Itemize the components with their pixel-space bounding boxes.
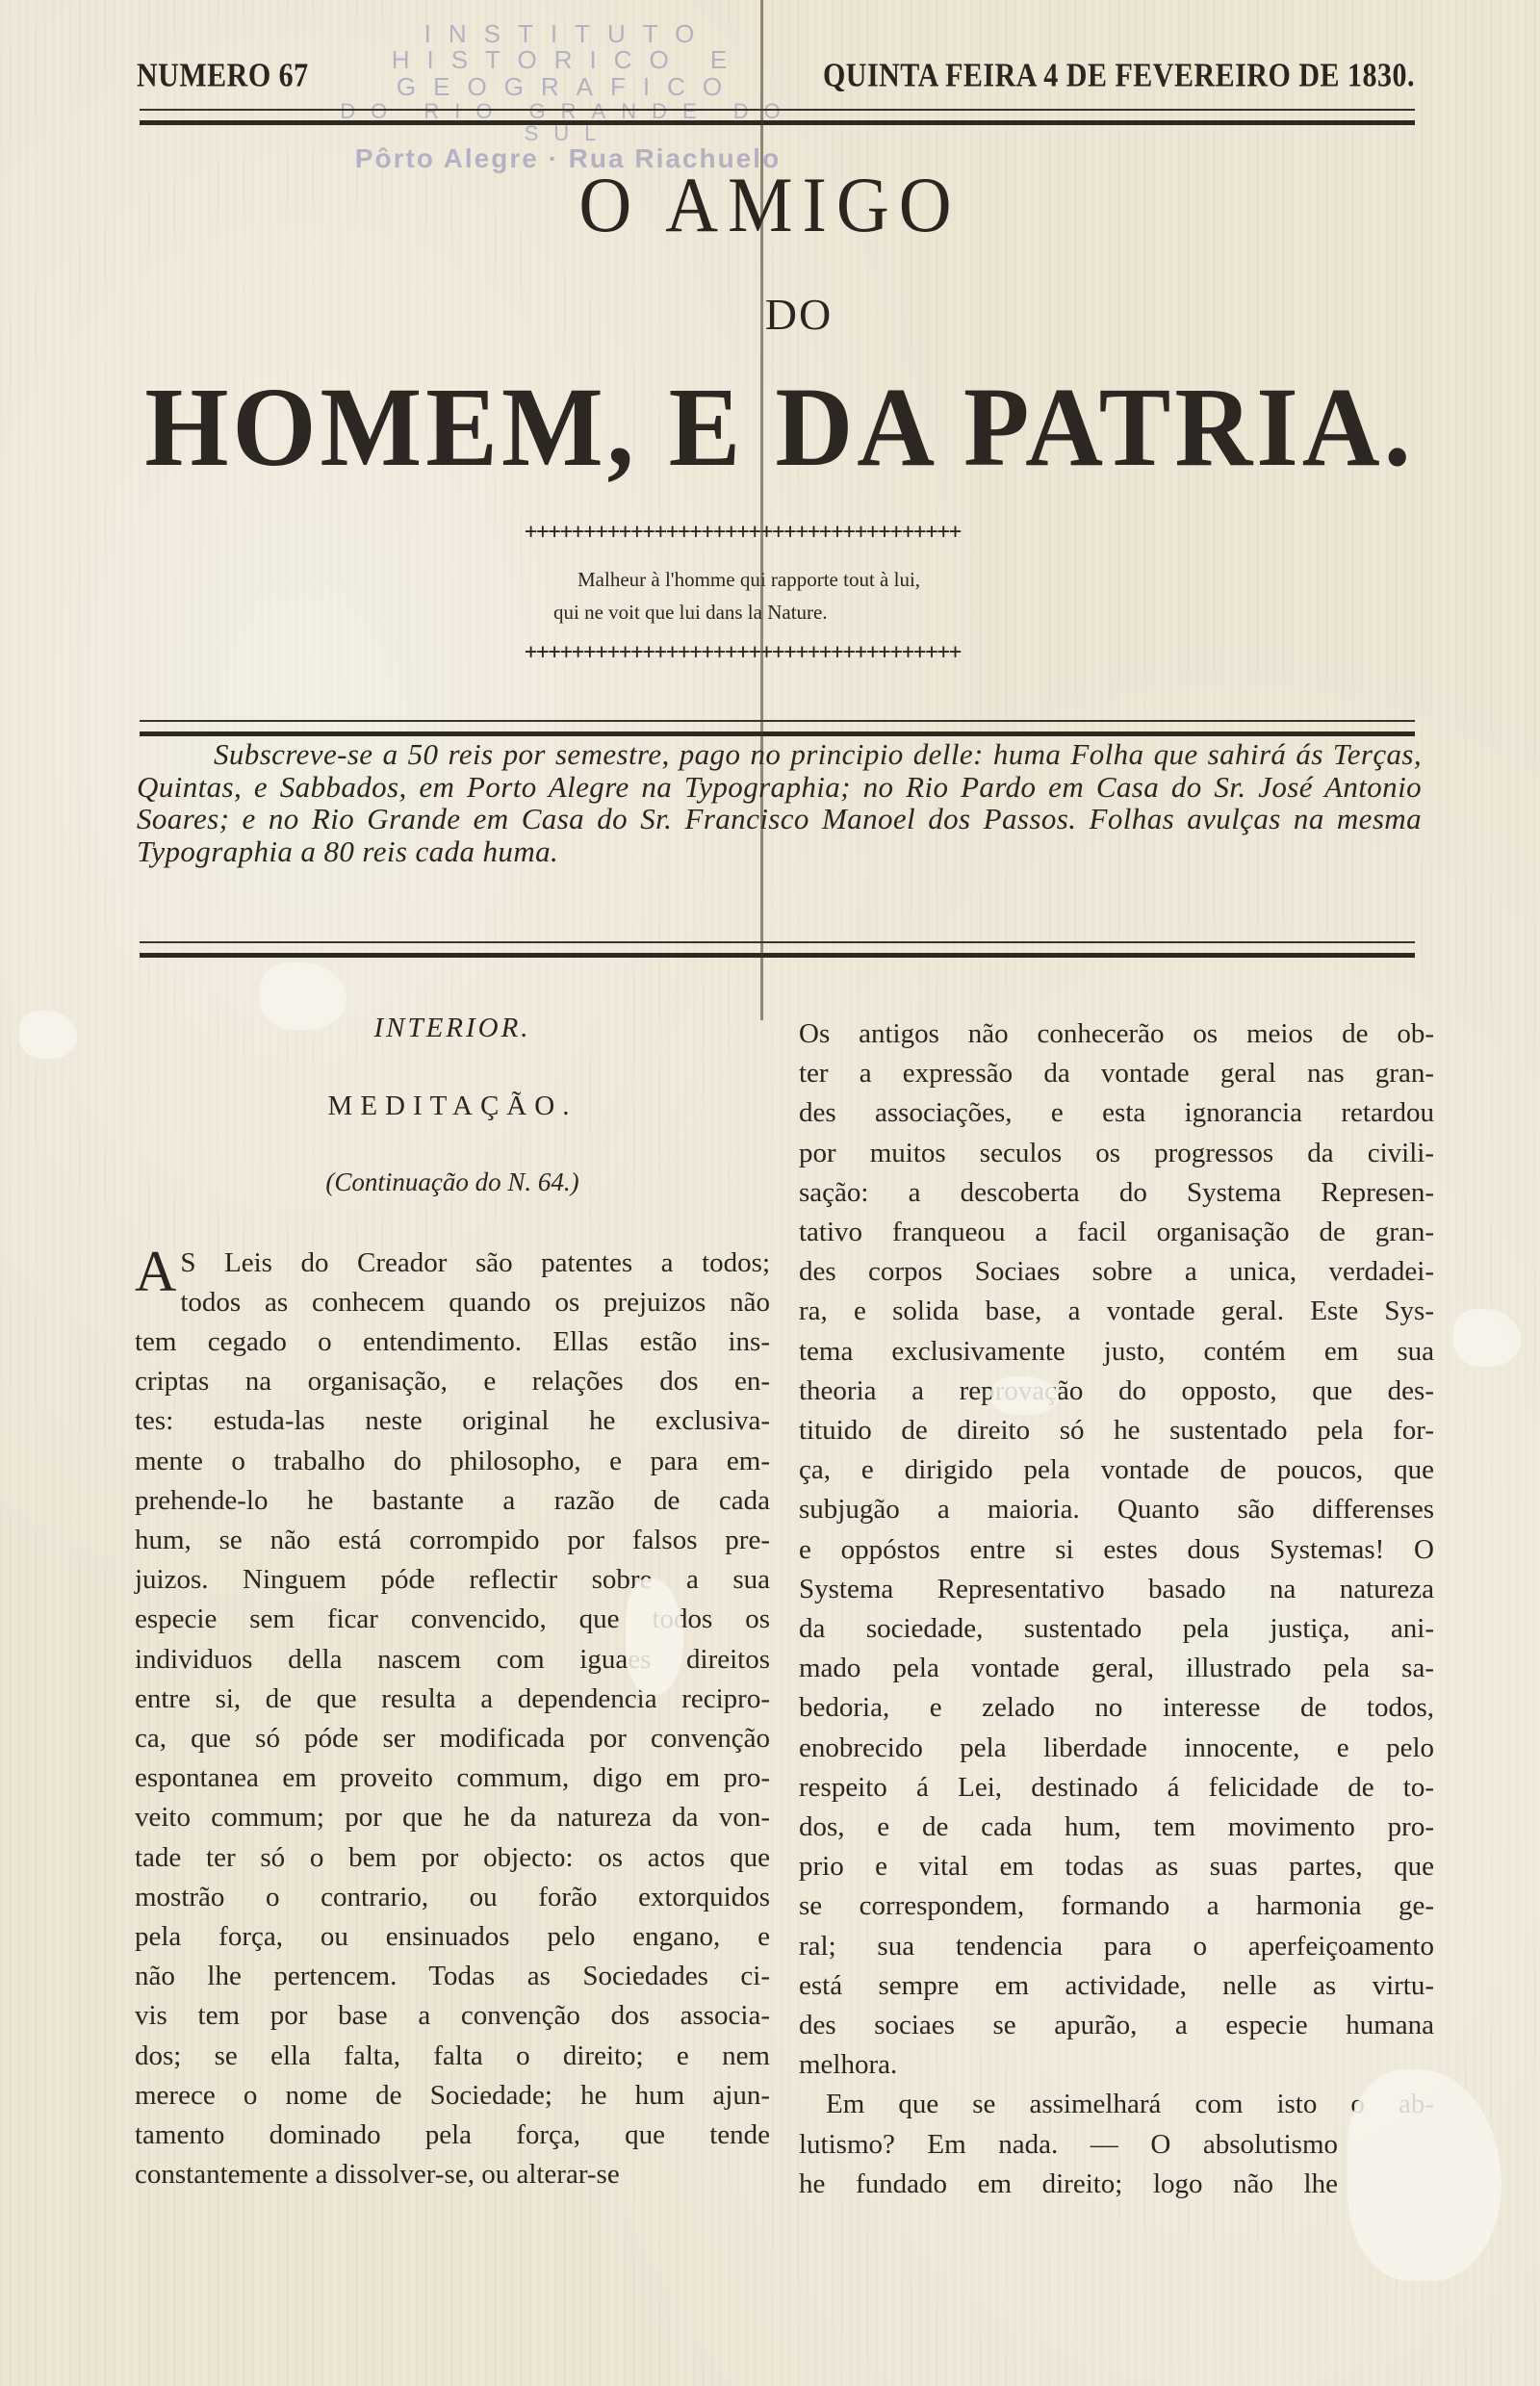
right-column: Os antigos não conhecerão os meios de ob… xyxy=(799,1001,1434,2204)
text-line: Em que se assimelhará com isto o ab- xyxy=(799,2085,1434,2124)
paper-damage xyxy=(1347,2069,1501,2281)
text-line: da sociedade, sustentado pela justiça, a… xyxy=(799,1609,1434,1649)
text-line: Systema Representativo basado na naturez… xyxy=(799,1570,1434,1609)
text-line: enobrecido pela liberdade innocente, e p… xyxy=(799,1729,1434,1768)
text-line: ça, e dirigido pela vontade de poucos, q… xyxy=(799,1450,1434,1490)
text-line: he fundado em direito; logo não lhe xyxy=(799,2165,1338,2204)
text-line: merece o nome de Sociedade; he hum ajun- xyxy=(135,2076,770,2116)
title-line-3: HOMEM, E DA PATRIA. xyxy=(135,363,1424,493)
text-line: por muitos seculos os progressos da civi… xyxy=(799,1134,1434,1173)
article-title: MEDITAÇÃO. xyxy=(135,1087,770,1126)
text-line: se correspondem, formando a harmonia ge- xyxy=(799,1886,1434,1926)
text-line: bedoria, e zelado no interesse de todos, xyxy=(799,1688,1434,1728)
text-line: prehende-lo he bastante a razão de cada xyxy=(135,1481,770,1521)
subscription-notice: Subscreve-se a 50 reis por semestre, pag… xyxy=(137,738,1422,867)
text-line: hum, se não está corrompido por falsos p… xyxy=(135,1521,770,1560)
text-line: ca, que só póde ser modificada por conve… xyxy=(135,1719,770,1758)
continuation-note: (Continuação do N. 64.) xyxy=(135,1163,770,1202)
text-line: tativo franqueou a facil organisação de … xyxy=(799,1213,1434,1252)
text-line: des sociaes se apurão, a especie humana xyxy=(799,2006,1434,2045)
text-line: criptas na organisação, e relações dos e… xyxy=(135,1362,770,1401)
paper-damage xyxy=(19,1011,77,1059)
subscription-rule-top xyxy=(140,720,1415,736)
text-line: lutismo? Em nada. — O absolutismo xyxy=(799,2125,1338,2165)
text-line: respeito á Lei, destinado á felicidade d… xyxy=(799,1768,1434,1808)
text-line: ra, e solida base, a vontade geral. Este… xyxy=(799,1292,1434,1331)
text-line: tem cegado o entendimento. Ellas estão i… xyxy=(135,1322,770,1362)
text-line: theoria a reprovação do opposto, que des… xyxy=(799,1372,1434,1411)
text-line: constantemente a dissolver-se, ou altera… xyxy=(135,2155,770,2194)
text-line: vis tem por base a convenção dos associa… xyxy=(135,1996,770,2036)
drop-cap: A xyxy=(135,1247,176,1296)
newspaper-page: INSTITUTO HISTORICO E GEOGRAFICO DO RIO … xyxy=(0,0,1540,2386)
ornament-top: +++++++++++++++++++++++++++++++++++++ xyxy=(525,520,1035,544)
issue-number: NUMERO 67 xyxy=(137,57,309,94)
archive-stamp: INSTITUTO HISTORICO E GEOGRAFICO DO RIO … xyxy=(318,21,818,172)
text-line: dos; se ella falta, falta o direito; e n… xyxy=(135,2037,770,2076)
text-line: tes: estuda-las neste original he exclus… xyxy=(135,1401,770,1441)
text-line: melhora. xyxy=(799,2045,1434,2085)
text-line: sação: a descoberta do Systema Represen- xyxy=(799,1173,1434,1213)
text-line: veito commum; por que he da natureza da … xyxy=(135,1798,770,1837)
title-line-2: DO xyxy=(0,289,1540,340)
issue-date: QUINTA FEIRA 4 DE FEVEREIRO DE 1830. xyxy=(823,57,1415,94)
text-line: juizos. Ninguem póde reflectir sobre a s… xyxy=(135,1560,770,1600)
subscription-rule-bottom xyxy=(140,941,1415,958)
text-line: ral; sua tendencia para o aperfeiçoament… xyxy=(799,1927,1434,1966)
title-line-1: O AMIGO xyxy=(0,161,1540,251)
text-line: não lhe pertencem. Todas as Sociedades c… xyxy=(135,1957,770,1996)
text-line: entre si, de que resulta a dependencia r… xyxy=(135,1680,770,1719)
ornament-bottom: +++++++++++++++++++++++++++++++++++++ xyxy=(525,640,1035,664)
epigraph-line-2: qui ne voit que lui dans la Nature. xyxy=(553,596,1054,629)
text-line: S Leis do Creador são patentes a todos; xyxy=(135,1244,770,1283)
left-body: A S Leis do Creador são patentes a todos… xyxy=(135,1244,770,2195)
text-line: des corpos Sociaes sobre a unica, verdad… xyxy=(799,1252,1434,1292)
paper-damage xyxy=(1453,1309,1521,1367)
section-heading: INTERIOR. xyxy=(135,1009,770,1048)
text-line: espontanea em proveito commum, digo em p… xyxy=(135,1758,770,1798)
text-line: des associações, e esta ignorancia retar… xyxy=(799,1093,1434,1133)
text-line: tade ter só o bem por objecto: os actos … xyxy=(135,1838,770,1878)
fold-line xyxy=(760,0,763,1020)
paper-damage xyxy=(991,1376,1059,1415)
text-line: mado pela vontade geral, illustrado pela… xyxy=(799,1649,1434,1688)
text-line: prio e vital em todas as suas partes, qu… xyxy=(799,1847,1434,1886)
text-line: está sempre em actividade, nelle as virt… xyxy=(799,1966,1434,2006)
right-paragraph-2: Em que se assimelhará com isto o ab- lut… xyxy=(799,2085,1434,2204)
masthead-rule xyxy=(140,109,1415,125)
masthead-top-line: NUMERO 67 QUINTA FEIRA 4 DE FEVEREIRO DE… xyxy=(137,57,1415,94)
text-line: dos, e de cada hum, tem movimento pro- xyxy=(799,1808,1434,1847)
text-line: tema exclusivamente justo, contém em sua xyxy=(799,1332,1434,1372)
epigraph: Malheur à l'homme qui rapporte tout à lu… xyxy=(553,563,1054,629)
epigraph-line-1: Malheur à l'homme qui rapporte tout à lu… xyxy=(553,563,1054,596)
text-line: e oppóstos entre si estes dous Systemas!… xyxy=(799,1530,1434,1570)
text-line: ter a expressão da vontade geral nas gra… xyxy=(799,1054,1434,1093)
text-line: pela força, ou ensinuados pelo engano, e xyxy=(135,1917,770,1957)
paper-damage xyxy=(260,962,346,1030)
text-line: tituido de direito só he sustentado pela… xyxy=(799,1411,1434,1450)
text-line: subjugão a maioria. Quanto são differens… xyxy=(799,1490,1434,1529)
text-line: tamento dominado pela força, que tende xyxy=(135,2116,770,2155)
text-line: todos as conhecem quando os prejuizos nã… xyxy=(135,1283,770,1322)
text-line: mente o trabalho do philosopho, e para e… xyxy=(135,1442,770,1481)
right-paragraph-1: Os antigos não conhecerão os meios de ob… xyxy=(799,1014,1434,2085)
text-line: mostrão o contrario, ou forão extorquido… xyxy=(135,1878,770,1917)
text-line: Os antigos não conhecerão os meios de ob… xyxy=(799,1014,1434,1054)
